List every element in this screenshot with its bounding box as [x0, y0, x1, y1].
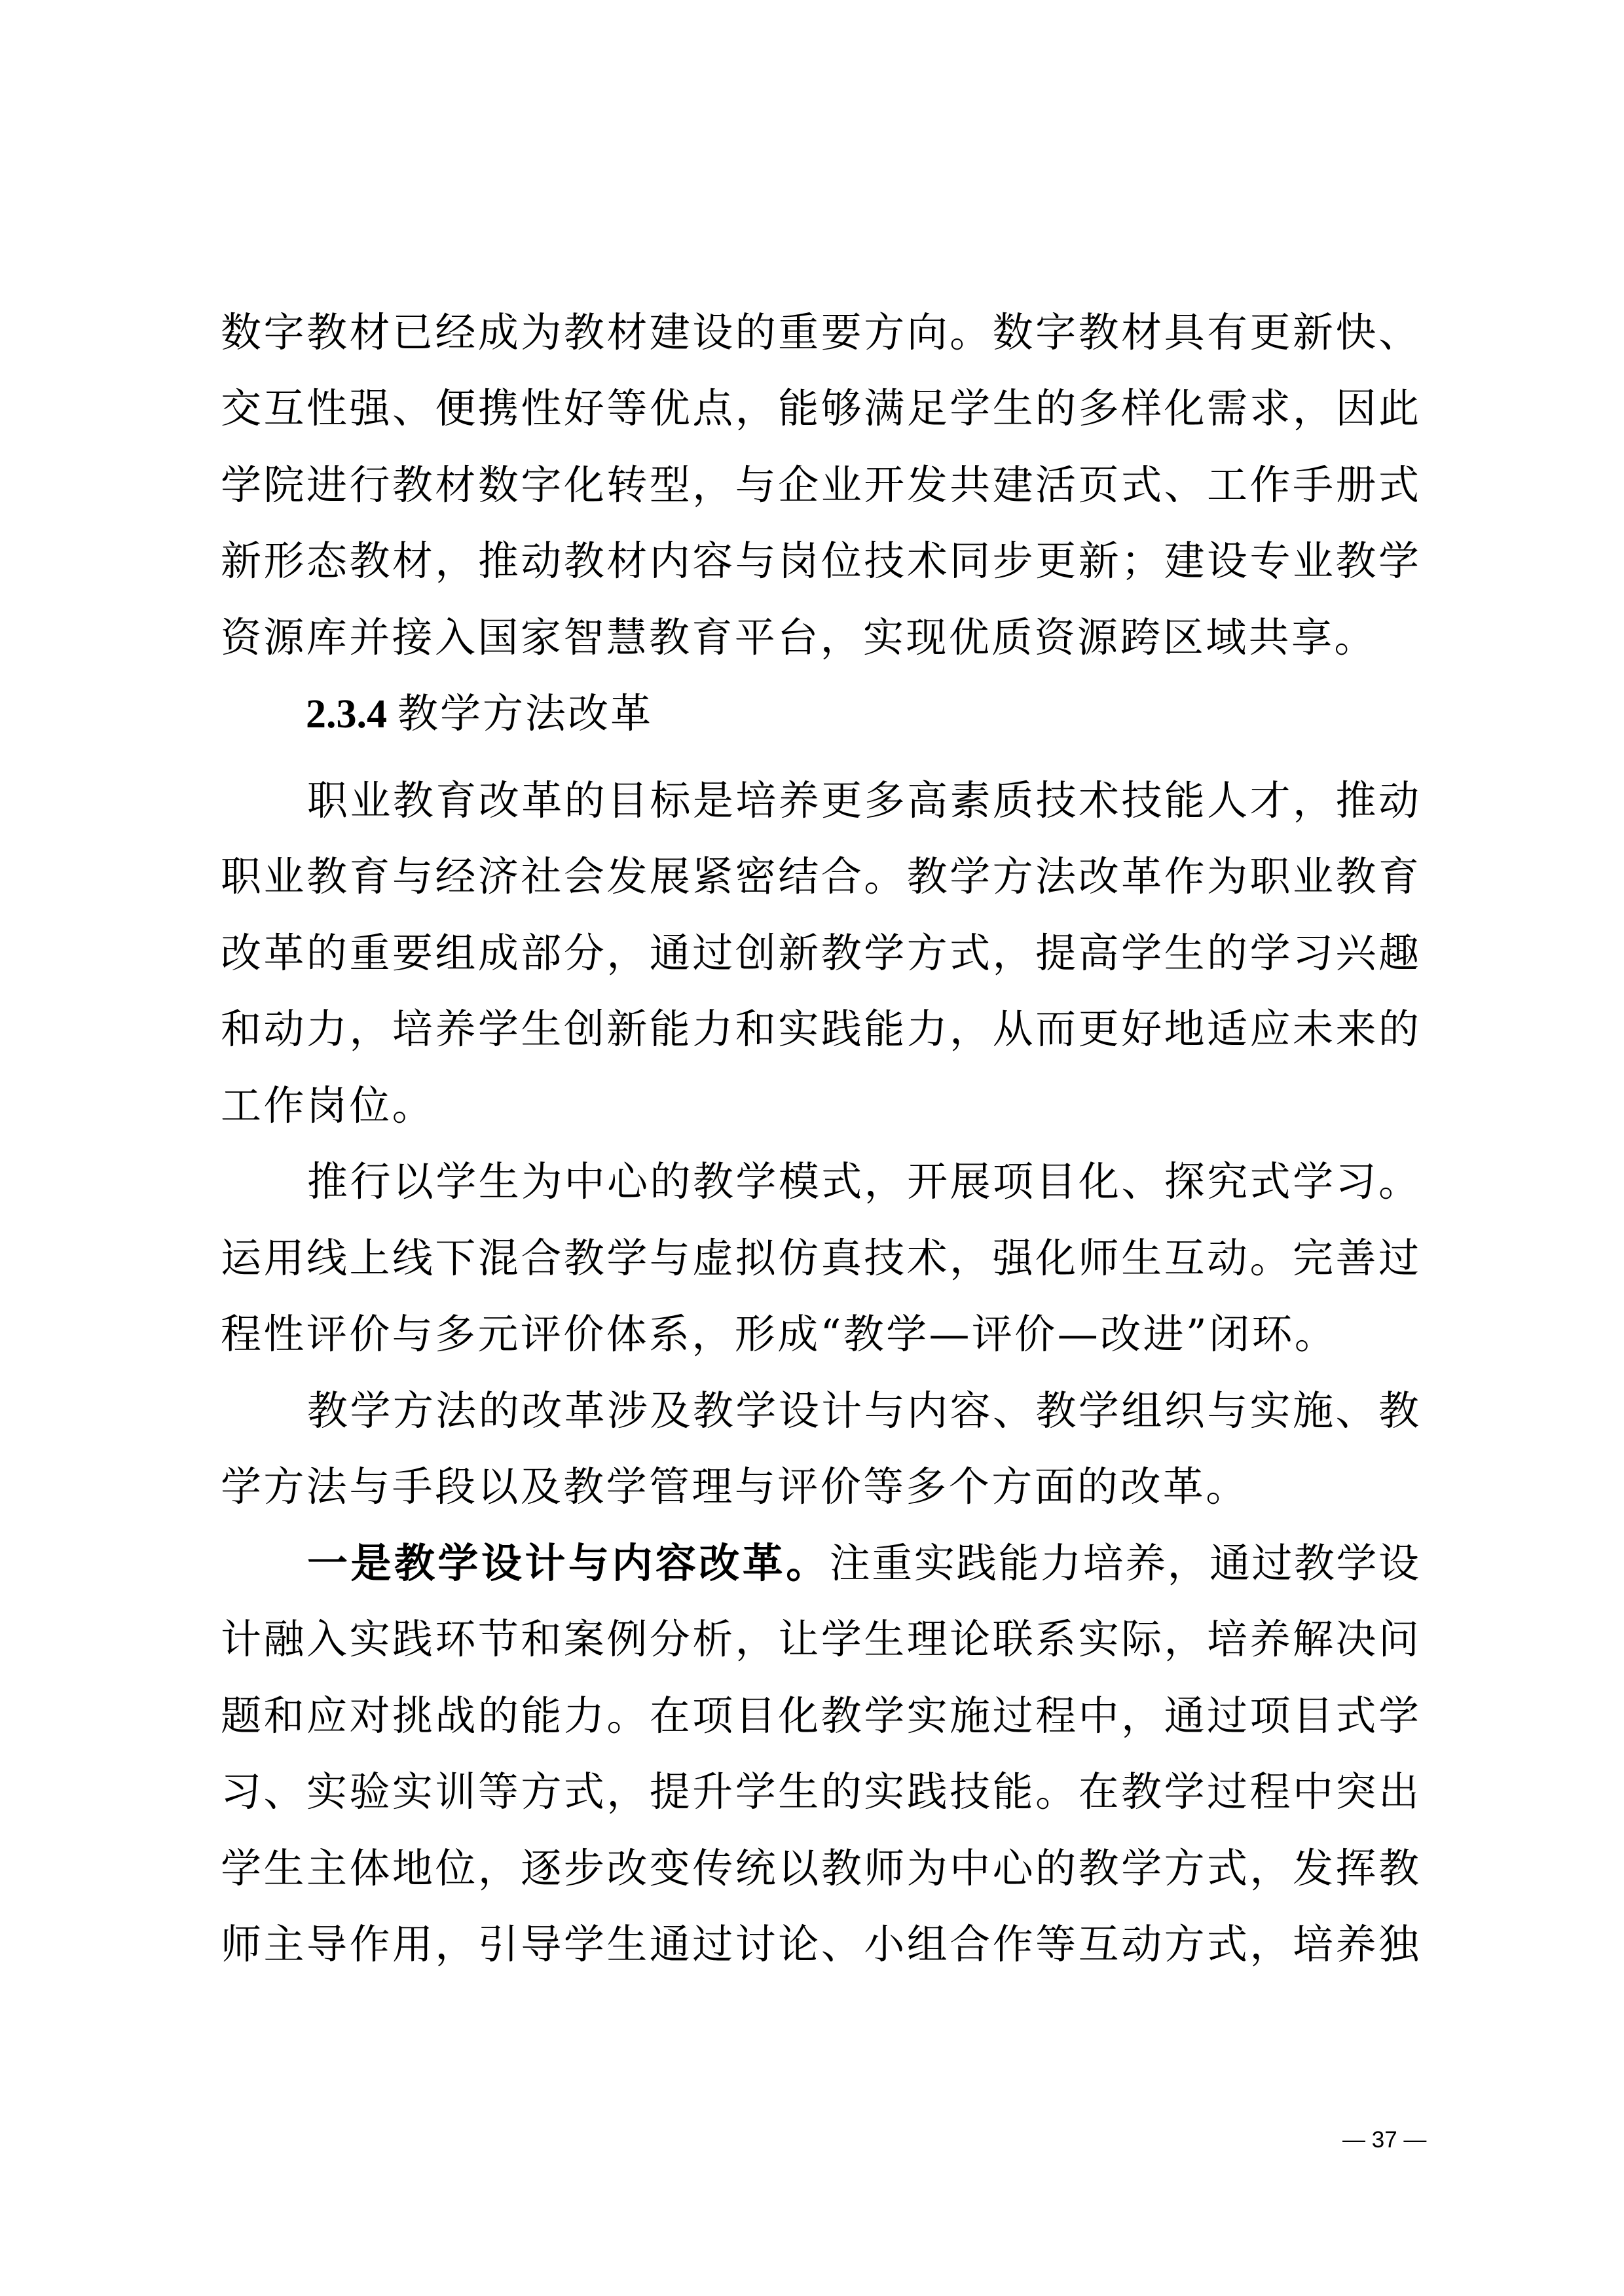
- text-line: 推行以学生为中心的教学模式，开展项目化、探究式学习。: [307, 1144, 1419, 1220]
- text-line: 资源库并接入国家智慧教育平台，实现优质资源跨区域共享。: [221, 600, 1419, 676]
- text-line: 职业教育改革的目标是培养更多高素质技术技能人才，推动: [307, 763, 1419, 839]
- text-line: 学生主体地位，逐步改变传统以教师为中心的教学方式，发挥教: [221, 1831, 1419, 1906]
- text-run: 注重实践能力培养，通过教学设: [830, 1539, 1419, 1587]
- section-title: 教学方法改革: [397, 689, 653, 737]
- text-line: 题和应对挑战的能力。在项目化教学实施过程中，通过项目式学: [221, 1678, 1419, 1754]
- text-line: 新形态教材，推动教材内容与岗位技术同步更新；建设专业教学: [221, 523, 1419, 599]
- paragraph-lead-in: 一是教学设计与内容改革。: [307, 1539, 830, 1587]
- section-heading: 2.3.4教学方法改革: [306, 676, 653, 752]
- document-page: 数字教材已经成为教材建设的重要方向。数字教材具有更新快、 交互性强、便携性好等优…: [0, 0, 1624, 2296]
- text-line: 计融入实践环节和案例分析，让学生理论联系实际，培养解决问: [221, 1601, 1419, 1677]
- text-line: 交互性强、便携性好等优点，能够满足学生的多样化需求，因此: [221, 371, 1419, 446]
- section-number: 2.3.4: [306, 692, 387, 737]
- text-line: 教学方法的改革涉及教学设计与内容、教学组织与实施、教: [307, 1373, 1419, 1449]
- text-line: 师主导作用，引导学生通过讨论、小组合作等互动方式，培养独: [221, 1906, 1419, 1982]
- text-line: 一是教学设计与内容改革。注重实践能力培养，通过教学设: [307, 1525, 1419, 1601]
- text-line: 习、实验实训等方式，提升学生的实践技能。在教学过程中突出: [221, 1754, 1419, 1830]
- text-line: 工作岗位。: [221, 1068, 1419, 1144]
- page-number: — 37 —: [1342, 2124, 1424, 2157]
- text-line: 程性评价与多元评价体系，形成“教学—评价—改进”闭环。: [221, 1296, 1419, 1372]
- text-line: 学院进行教材数字化转型，与企业开发共建活页式、工作手册式: [221, 447, 1419, 523]
- text-line: 改革的重要组成部分，通过创新教学方式，提高学生的学习兴趣: [221, 915, 1419, 991]
- text-line: 和动力，培养学生创新能力和实践能力，从而更好地适应未来的: [221, 991, 1419, 1067]
- text-line: 学方法与手段以及教学管理与评价等多个方面的改革。: [221, 1449, 1419, 1525]
- text-line: 职业教育与经济社会发展紧密结合。教学方法改革作为职业教育: [221, 839, 1419, 915]
- text-line: 运用线上线下混合教学与虚拟仿真技术，强化师生互动。完善过: [221, 1220, 1419, 1296]
- text-line: 数字教材已经成为教材建设的重要方向。数字教材具有更新快、: [221, 295, 1419, 371]
